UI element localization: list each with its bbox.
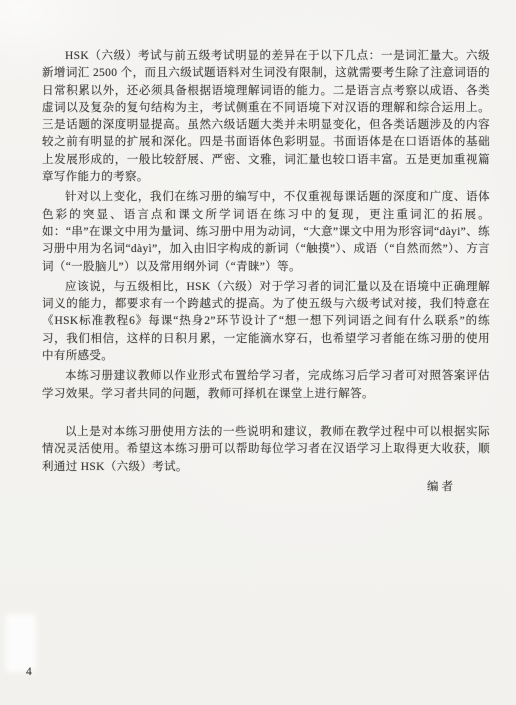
editor-signature: 编者 [42,479,490,496]
preface-paragraph-3: 应该说，与五级相比，HSK（六级）对于学习者的词汇量以及在语境中正确理解词义的能… [42,279,490,365]
page-number: 4 [26,666,32,678]
preface-text-block: HSK（六级）考试与前五级考试明显的差异在于以下几点：一是词汇量大。六级新增词汇… [42,48,490,499]
scan-artifact-highlight [6,614,36,672]
scanned-book-page: HSK（六级）考试与前五级考试明显的差异在于以下几点：一是词汇量大。六级新增词汇… [0,0,516,705]
preface-paragraph-2: 针对以上变化，我们在练习册的编写中，不仅重视每课话题的深度和广度、语体色彩的突显… [42,189,490,275]
preface-paragraph-5: 以上是对本练习册使用方法的一些说明和建议，教师在教学过程中可以根据实际情况灵活使… [42,424,490,476]
preface-paragraph-4: 本练习册建议教师以作业形式布置给学习者，完成练习后学习者可对照答案评估学习效果。… [42,368,490,403]
preface-paragraph-1: HSK（六级）考试与前五级考试明显的差异在于以下几点：一是词汇量大。六级新增词汇… [42,48,490,186]
